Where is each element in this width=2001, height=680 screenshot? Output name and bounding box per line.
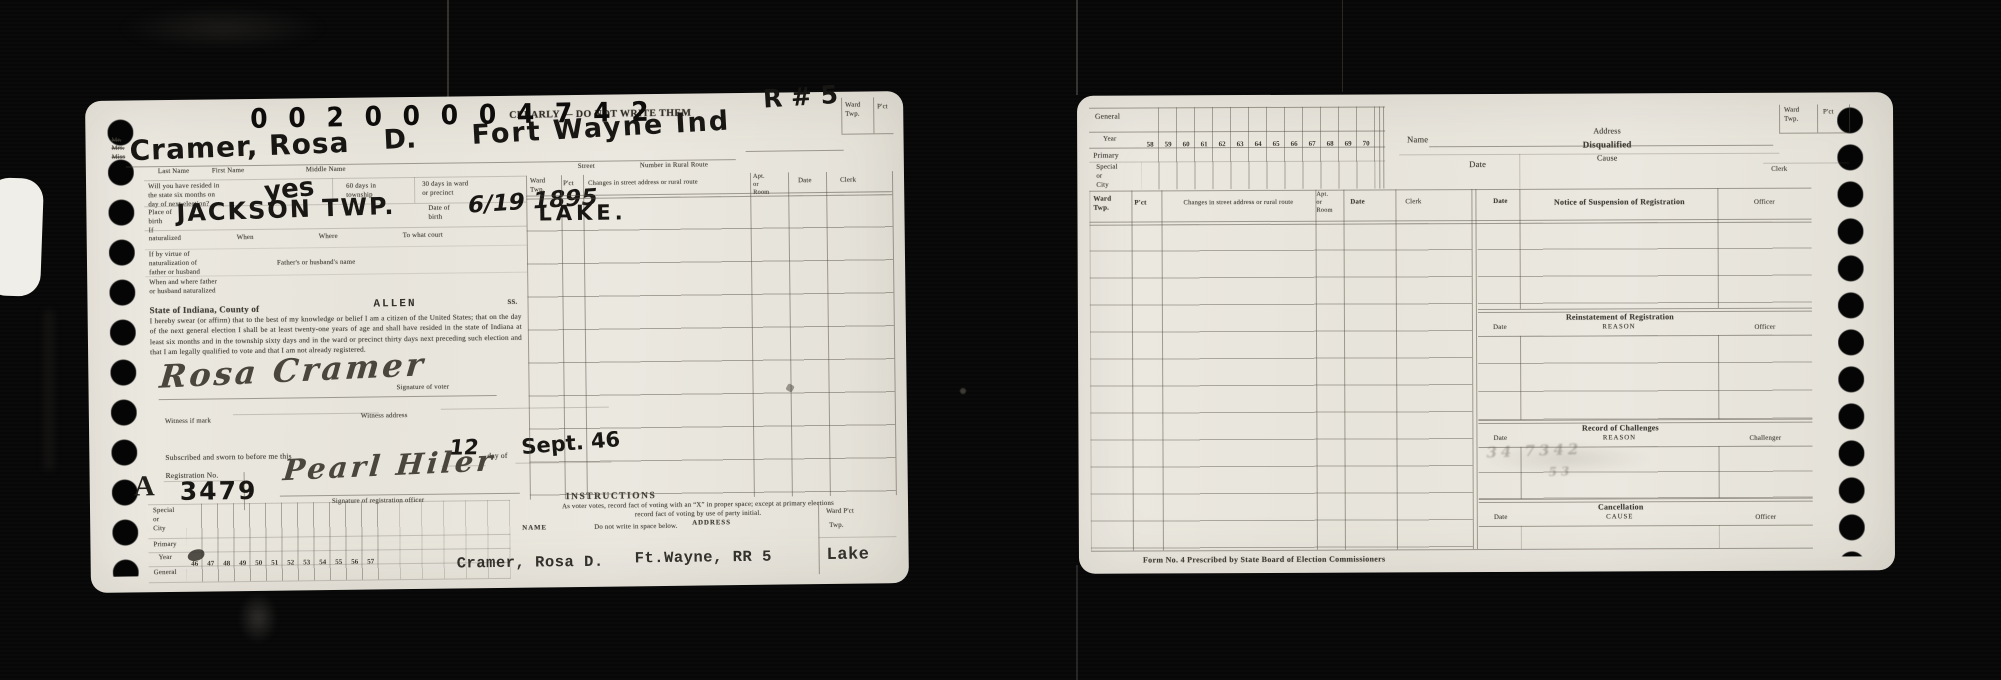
reinstatement-title: Reinstatement of Registration: [1520, 312, 1720, 323]
written-place-of-birth: JACKSON TWP.: [176, 194, 396, 225]
label-general: General: [1095, 112, 1120, 122]
year-cell: 48: [219, 560, 235, 567]
honorifics: Mr. Mrs. Miss: [111, 137, 125, 162]
section-line: [1479, 525, 1813, 527]
rule-line: [144, 176, 526, 182]
corner-box-line: [1817, 105, 1818, 133]
label-name: Name: [1407, 134, 1428, 145]
pencil-annotation: 53: [1548, 465, 1573, 478]
label-father-husband-name: Father's or husband's name: [277, 259, 356, 269]
label-ss: SS.: [507, 299, 517, 308]
film-speck: [960, 388, 966, 394]
year-cell: 59: [1159, 141, 1177, 148]
label-address: Address: [1527, 126, 1687, 137]
year-cell: 52: [283, 559, 299, 566]
typed-ward: Lake: [827, 546, 870, 564]
label-witness-address: Witness address: [361, 412, 408, 421]
label-ward-pct-bottom: Ward P'ct: [826, 508, 854, 517]
written-last-first-name: Cramer, Rosa: [129, 129, 350, 165]
corner-box-line: [841, 98, 842, 134]
year-row: 464748495051525354555657: [187, 550, 379, 570]
label-naturalized: naturalized: [149, 235, 182, 244]
section-line: [1478, 419, 1812, 421]
suspension-title: Notice of Suspension of Registration: [1525, 197, 1713, 208]
table-line: [1719, 525, 1720, 548]
film-scratch-3: [1342, 0, 1343, 92]
col-suspension-date: Date: [1483, 198, 1517, 207]
punch-holes-right: [1837, 100, 1865, 556]
year-cell: 51: [267, 560, 283, 567]
corner-box-line: [1849, 104, 1850, 132]
corner-box-line: [1779, 105, 1780, 133]
label-name: NAME: [522, 524, 547, 533]
label-pct: P'ct: [877, 103, 888, 112]
label-disqualified: Disqualified: [1527, 139, 1687, 151]
microfilm-frame: { "left_card": { "stamp": "0 0 2 0 0 0 0…: [0, 0, 2001, 680]
label-pct: P'ct: [1823, 108, 1834, 117]
label-to-what-court: To what court: [403, 232, 443, 241]
label-primary: Primary: [1093, 151, 1119, 161]
year-cell: 56: [347, 559, 363, 566]
pencil-annotation: 34 7342: [1486, 442, 1582, 461]
film-edge-blob: [0, 177, 44, 297]
year-cell: 68: [1321, 141, 1339, 148]
year-cell: 55: [331, 559, 347, 566]
bottom-box-line: [818, 536, 896, 538]
table-line: [1718, 446, 1719, 498]
year-row: 58596061626364656667686970: [1141, 132, 1375, 151]
challenges-title: Record of Challenges: [1520, 423, 1720, 434]
label-ward-twp: Ward Twp.: [1784, 107, 1799, 125]
label-30-days: 30 days in ward or precinct: [422, 180, 468, 198]
label-date-of-birth: Date of birth: [428, 205, 450, 223]
film-scratch-1: [447, 0, 449, 98]
year-cell: 64: [1249, 141, 1267, 148]
col-apt-room: Apt. or Room: [1316, 191, 1332, 216]
label-witness-if-mark: Witness if mark: [165, 417, 211, 426]
written-rural-route: R # 5: [762, 82, 838, 112]
col-cause: CAUSE: [1521, 513, 1719, 523]
year-cell: 69: [1339, 141, 1357, 148]
year-cell: 60: [1177, 141, 1195, 148]
grid-line: [1383, 106, 1384, 188]
registration-officer-signature: Pearl Hiler: [282, 446, 496, 485]
label-when: When: [237, 234, 254, 243]
corner-box-line: [873, 97, 874, 133]
signature-line: [159, 395, 497, 400]
col-challenger: Challenger: [1718, 435, 1812, 444]
table-rows: [1090, 223, 1473, 551]
col-changes: Changes in street address or rural route: [1163, 199, 1313, 208]
label-street: Street: [578, 163, 595, 172]
punch-holes-left: [107, 112, 139, 576]
label-first-name: First Name: [212, 167, 245, 176]
col-ward-twp: Ward Twp.: [530, 177, 546, 195]
year-cell: 63: [1231, 141, 1249, 148]
table-rows: [526, 194, 896, 499]
label-date: Date: [1469, 159, 1486, 170]
year-cell: 66: [1285, 141, 1303, 148]
film-scratch-4: [1076, 565, 1078, 680]
label-subscribed-sworn: Subscribed and sworn to before me this: [165, 452, 291, 463]
label-twp-bottom: Twp.: [829, 522, 844, 531]
col-officer: Officer: [1718, 324, 1812, 333]
col-ward-twp: Ward Twp.: [1093, 195, 1111, 213]
col-changes: Changes in street address or rural route: [588, 179, 698, 189]
voter-registration-card-back: General Year 58596061626364656667686970 …: [1077, 92, 1895, 574]
year-cell: 58: [1141, 141, 1159, 148]
year-cell: 53: [299, 559, 315, 566]
year-cell: 49: [235, 560, 251, 567]
year-cell: 62: [1213, 141, 1231, 148]
col-apt-room: Apt. or Room: [753, 173, 770, 198]
film-smudge-top: [118, 6, 328, 50]
voter-registration-card-front: 0 0 2 0 0 0 0 4 7 4 2 CLEARLY — DO NOT W…: [85, 91, 909, 593]
rule-line: [145, 226, 527, 232]
margin-letter: A: [134, 472, 155, 501]
col-clerk: Clerk: [1405, 198, 1421, 207]
col-date: Date: [1350, 199, 1364, 208]
col-date: Date: [1481, 514, 1521, 523]
label-special-or-city: Special or City: [1096, 164, 1118, 191]
year-cell: 61: [1195, 141, 1213, 148]
cancellation-title: Cancellation: [1521, 502, 1721, 513]
suspension-rows: [1478, 222, 1812, 309]
col-date: Date: [1480, 324, 1520, 333]
label-primary: Primary: [153, 541, 176, 550]
corner-box-line: [841, 133, 893, 135]
typed-address: Ft.Wayne, RR 5: [635, 550, 772, 567]
label-do-not-write: Do not write in space below.: [594, 523, 677, 533]
year-cell: 67: [1303, 141, 1321, 148]
written-registration-number: 3479: [180, 478, 258, 504]
section-line: [1478, 308, 1812, 310]
label-place-of-birth: Place of birth: [148, 209, 172, 227]
year-cell: 46: [187, 561, 203, 568]
year-cell: 54: [315, 559, 331, 566]
col-clerk: Clerk: [840, 177, 856, 186]
label-ward-twp: Ward Twp.: [845, 102, 861, 120]
typed-name: Cramer, Rosa D.: [457, 555, 604, 572]
form-footer: Form No. 4 Prescribed by State Board of …: [1143, 554, 1385, 565]
col-officer: Officer: [1719, 514, 1813, 523]
rule-line: [145, 272, 527, 278]
rule-line: [1519, 154, 1520, 188]
film-streak-left: [44, 310, 54, 470]
label-when-where-naturalized: When and where father or husband natural…: [149, 278, 217, 296]
section-line: [1479, 498, 1813, 500]
label-last-name: Last Name: [158, 168, 190, 177]
col-reason: REASON: [1520, 323, 1718, 333]
col-officer: Officer: [1721, 199, 1807, 208]
label-where: Where: [319, 233, 338, 242]
rule-line: [414, 177, 415, 203]
label-general: General: [154, 569, 177, 578]
written-ward-lake: LAKE.: [538, 202, 626, 224]
year-cell: 50: [251, 560, 267, 567]
film-blotch-bottom: [238, 592, 278, 644]
label-year: Year: [1103, 136, 1116, 145]
stamp-number: 0 0 2 0 0 0 0 4 7 4 2: [250, 98, 655, 132]
label-number-rural-route: Number in Rural Route: [640, 161, 708, 171]
label-special-or-city: Special or City: [153, 507, 175, 534]
label-year: Year: [159, 554, 172, 563]
signature-line: [280, 493, 520, 497]
rule-line: [233, 412, 379, 415]
write-line: [746, 150, 844, 152]
label-address: ADDRESS: [692, 519, 731, 528]
label-signature-of-voter: Signature of voter: [397, 384, 450, 393]
col-pct: P'ct: [563, 180, 574, 189]
grid-line: [1379, 106, 1380, 188]
label-naturalization-father: If by virtue of naturalization of father…: [149, 251, 200, 278]
label-clerk: Clerk: [1771, 166, 1787, 175]
typed-county: ALLEN: [373, 299, 416, 311]
film-scratch-2: [1076, 0, 1078, 95]
year-cell: 57: [363, 558, 379, 565]
year-cell: 47: [203, 560, 219, 567]
table-line: [1521, 526, 1522, 549]
label-cause: Cause: [1527, 153, 1687, 164]
reinstatement-rows: [1478, 335, 1812, 420]
col-date: Date: [798, 177, 812, 186]
rule-line: [145, 245, 527, 251]
year-cell: 65: [1267, 141, 1285, 148]
col-pct: P'ct: [1134, 199, 1146, 208]
year-cell: 70: [1357, 140, 1375, 147]
